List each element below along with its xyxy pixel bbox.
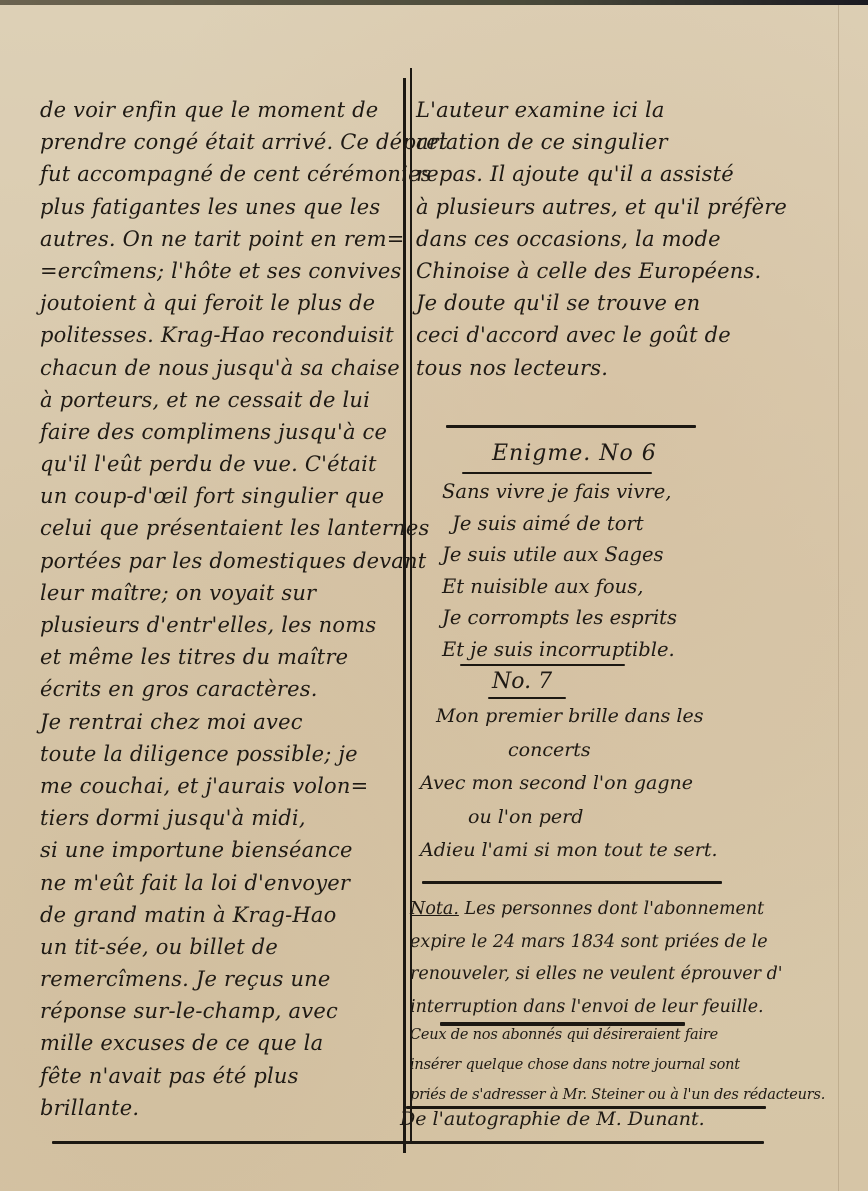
text-line: dans ces occasions, la mode	[416, 223, 776, 255]
text-line: de grand matin à Krag-Hao	[40, 899, 398, 931]
verse-line: Mon premier brille dans les	[420, 700, 718, 734]
text-line: à plusieurs autres, et qu'il préfère	[416, 191, 776, 223]
enigma-title: Enigme. No 6	[492, 441, 657, 466]
text-line: brillante.	[40, 1092, 398, 1124]
text-line: fut accompagné de cent cérémonies	[40, 158, 398, 190]
text-line: autres. On ne tarit point en rem=	[40, 223, 398, 255]
text-line: interruption dans l'envoi de leur feuill…	[410, 991, 783, 1024]
subscriber-notice: Ceux de nos abonnés qui désireraient fai…	[410, 1020, 825, 1110]
text-line: un coup-d'œil fort singulier que	[40, 480, 398, 512]
text-line: insérer quelque chose dans notre journal…	[410, 1050, 825, 1080]
text-line: joutoient à qui feroit le plus de	[40, 287, 398, 319]
section-divider	[422, 881, 722, 884]
verse-line: Je suis utile aux Sages	[442, 539, 677, 571]
scan-top-edge	[0, 0, 868, 5]
text-line: de voir enfin que le moment de	[40, 94, 398, 126]
text-line: expire le 24 mars 1834 sont priées de le	[410, 926, 783, 959]
text-line: si une importune bienséance	[40, 834, 398, 866]
text-line: ceci d'accord avec le goût de	[416, 319, 776, 351]
text-line: prendre congé était arrivé. Ce départ	[40, 126, 398, 158]
text-line: toute la diligence possible; je	[40, 738, 398, 770]
text-line: faire des complimens jusqu'à ce	[40, 416, 398, 448]
text-line: qu'il l'eût perdu de vue. C'était	[40, 448, 398, 480]
enigma-verse: Sans vivre je fais vivre, Je suis aimé d…	[442, 476, 677, 665]
text-line: celui que présentaient les lanternes	[40, 512, 398, 544]
text-line: plus fatigantes les unes que les	[40, 191, 398, 223]
verse-line: Je suis aimé de tort	[442, 508, 677, 540]
paper-fold-line	[838, 5, 839, 1191]
charade-verse: Mon premier brille dans les concerts Ave…	[420, 700, 718, 868]
text-line: fête n'avait pas été plus	[40, 1060, 398, 1092]
text-line: et même les titres du maître	[40, 641, 398, 673]
text-line: portées par les domestiques devant	[40, 545, 398, 577]
verse-line: Adieu l'ami si mon tout te sert.	[420, 834, 718, 868]
left-column-text: de voir enfin que le moment de prendre c…	[40, 94, 398, 1124]
text-line: tous nos lecteurs.	[416, 352, 776, 384]
text-line: Je doute qu'il se trouve en	[416, 287, 776, 319]
autography-credit: De l'autographie de M. Dunant.	[400, 1108, 705, 1130]
text-line: ne m'eût fait la loi d'envoyer	[40, 867, 398, 899]
verse-line: concerts	[420, 734, 718, 768]
verse-underline	[460, 664, 625, 666]
verse-line: Et je suis incorruptible.	[442, 634, 677, 666]
text-line: plusieurs d'entr'elles, les noms	[40, 609, 398, 641]
text-line: un tit-sée, ou billet de	[40, 931, 398, 963]
text-line: relation de ce singulier	[416, 126, 776, 158]
text-line: leur maître; on voyait sur	[40, 577, 398, 609]
section-divider	[446, 425, 696, 428]
text-line: renouveler, si elles ne veulent éprouver…	[410, 958, 783, 991]
text-line: écrits en gros caractères.	[40, 673, 398, 705]
nota-label: Nota.	[410, 899, 459, 919]
verse-line: Sans vivre je fais vivre,	[442, 476, 677, 508]
text-line: à porteurs, et ne cessait de lui	[40, 384, 398, 416]
text-line: Ceux de nos abonnés qui désireraient fai…	[410, 1020, 825, 1050]
text-line: remercîmens. Je reçus une	[40, 963, 398, 995]
verse-line: Avec mon second l'on gagne	[420, 767, 718, 801]
charade-title: No. 7	[492, 669, 552, 694]
verse-line: Et nuisible aux fous,	[442, 571, 677, 603]
text-line: réponse sur-le-champ, avec	[40, 995, 398, 1027]
text-line: L'auteur examine ici la	[416, 94, 776, 126]
title-underline	[488, 697, 566, 699]
page-bottom-rule	[52, 1141, 764, 1144]
text-line: me couchai, et j'aurais volon=	[40, 770, 398, 802]
text-line: politesses. Krag-Hao reconduisit	[40, 319, 398, 351]
right-column-intro: L'auteur examine ici la relation de ce s…	[416, 94, 776, 384]
text-line: repas. Il ajoute qu'il a assisté	[416, 158, 776, 190]
text-line: mille excuses de ce que la	[40, 1027, 398, 1059]
title-underline	[462, 472, 652, 474]
verse-line: ou l'on perd	[420, 801, 718, 835]
manuscript-page: de voir enfin que le moment de prendre c…	[0, 0, 868, 1191]
verse-line: Je corrompts les esprits	[442, 602, 677, 634]
text-line: Chinoise à celle des Européens.	[416, 255, 776, 287]
text-line: Les personnes dont l'abonnement	[464, 899, 764, 919]
nota-block: Nota. Les personnes dont l'abonnement ex…	[410, 893, 783, 1023]
text-line: Je rentrai chez moi avec	[40, 706, 398, 738]
text-line: =ercîmens; l'hôte et ses convives	[40, 255, 398, 287]
text-line: chacun de nous jusqu'à sa chaise	[40, 352, 398, 384]
text-line: tiers dormi jusqu'à midi,	[40, 802, 398, 834]
